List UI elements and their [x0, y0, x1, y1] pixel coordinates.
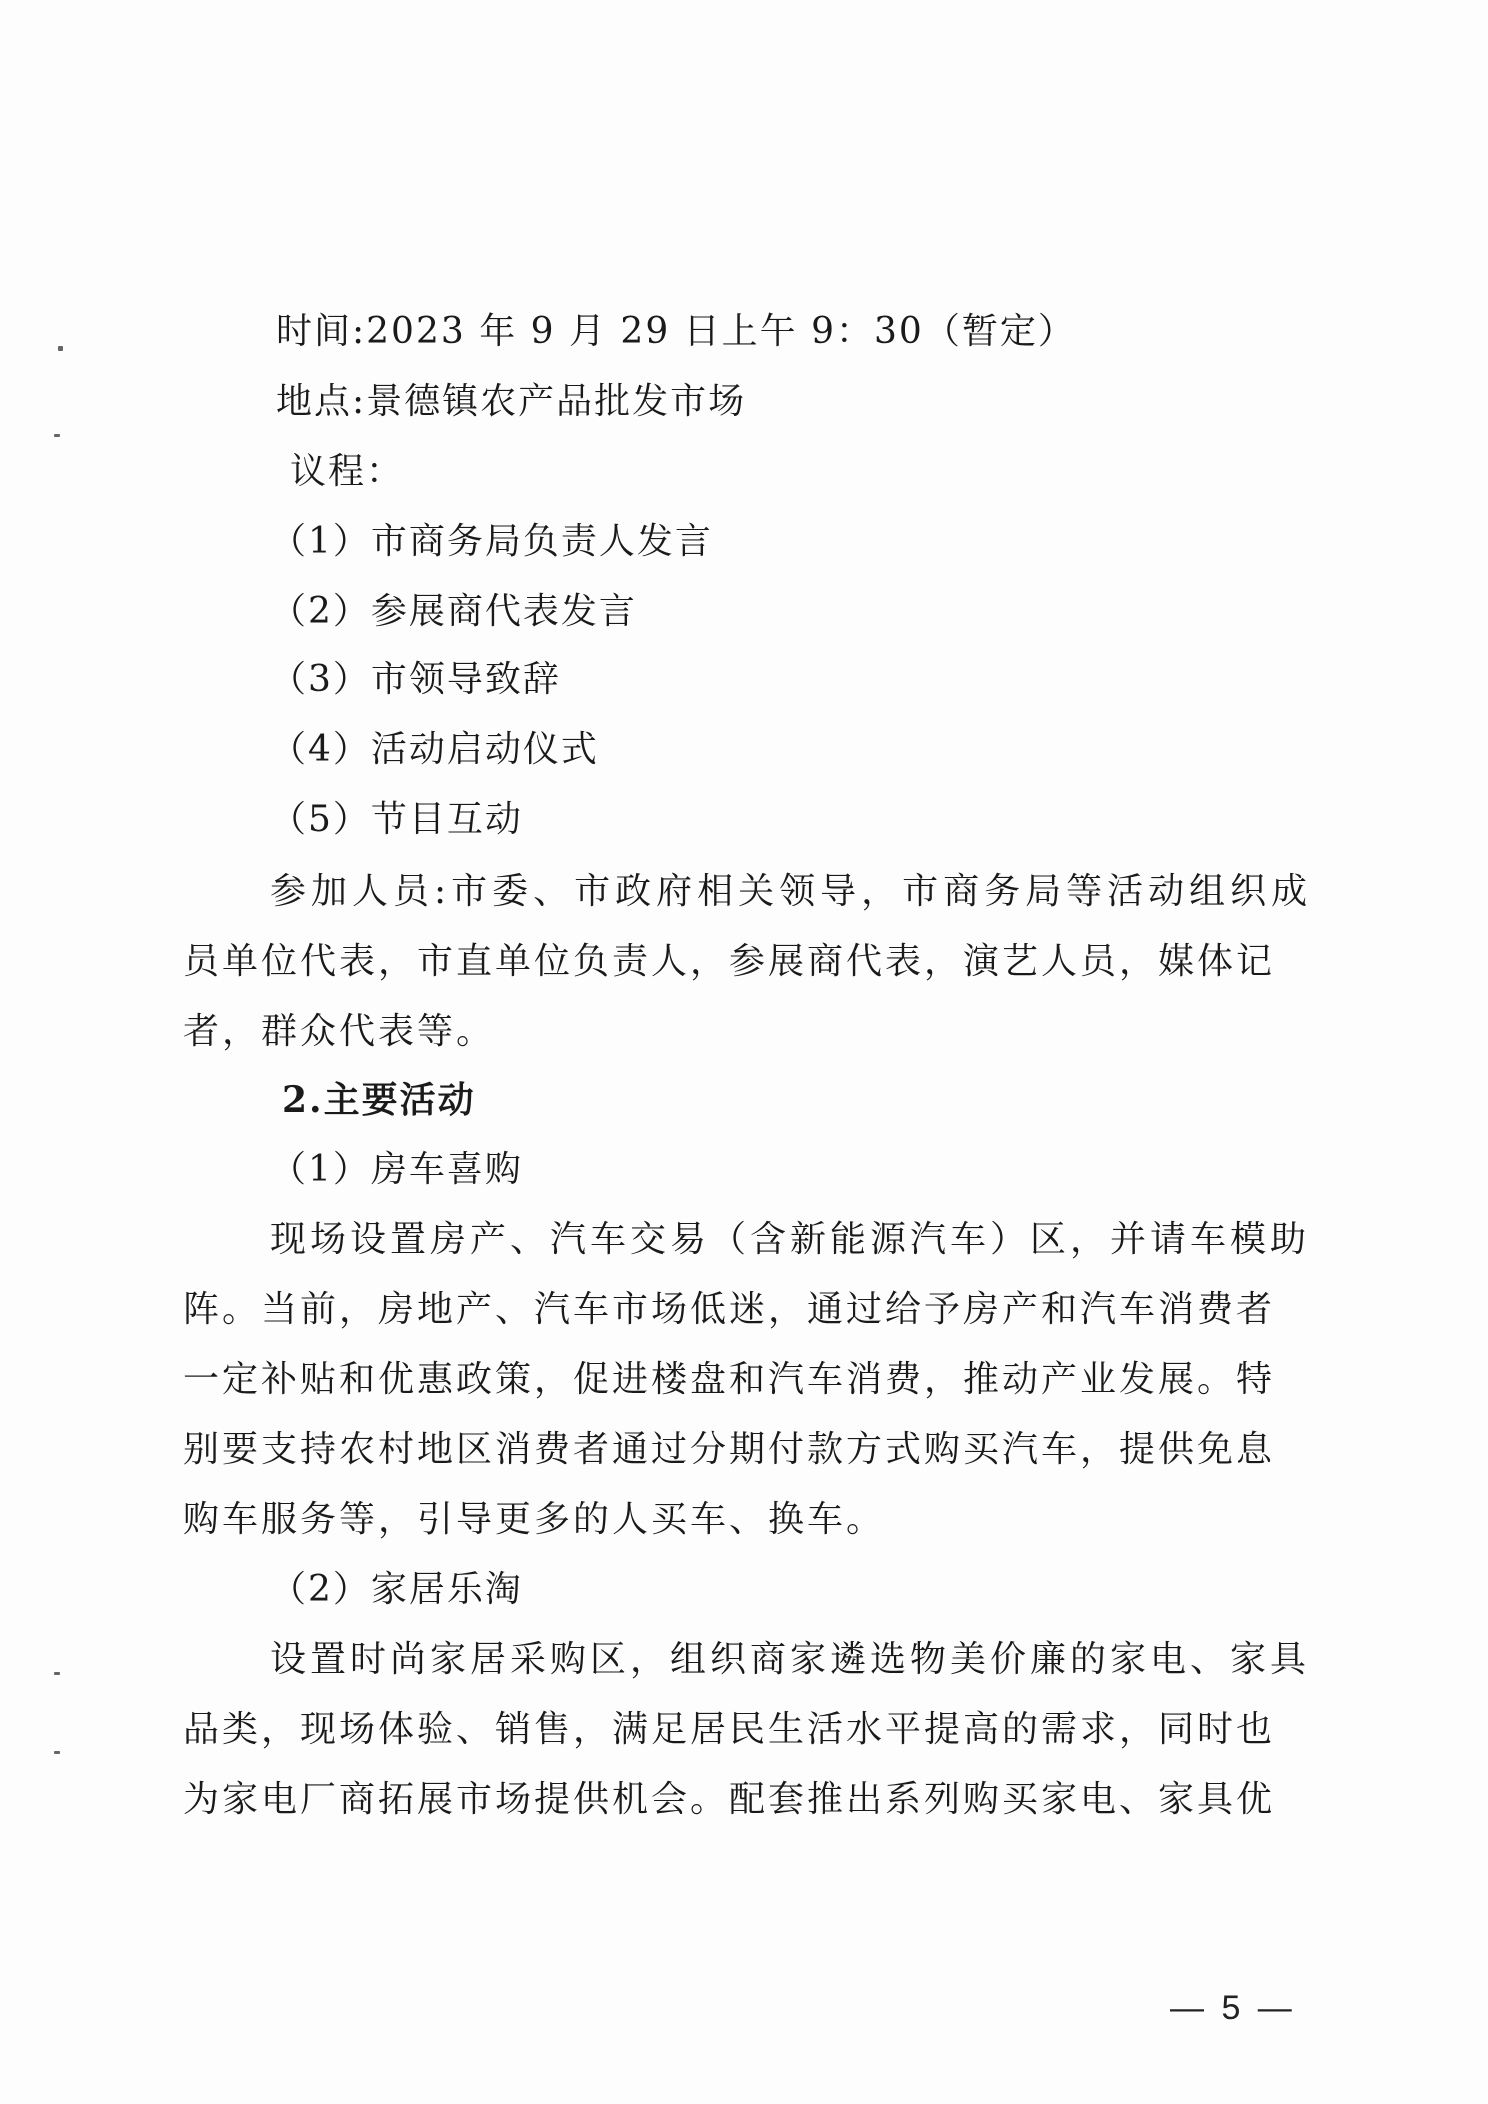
meeting-time: 时间:2023 年 9 月 29 日上午 9：30（暂定）: [276, 310, 1076, 354]
agenda-item: （3）市领导致辞: [270, 658, 561, 702]
participants-line: 者，群众代表等。: [183, 1010, 495, 1054]
scan-mark: [54, 1672, 60, 1675]
paragraph-line: 品类，现场体验、销售，满足居民生活水平提高的需求，同时也: [183, 1708, 1275, 1752]
subsection-title: （1）房车喜购: [270, 1148, 523, 1192]
subsection-title: （2）家居乐淘: [270, 1568, 523, 1612]
document-page: 时间:2023 年 9 月 29 日上午 9：30（暂定） 地点:景德镇农产品批…: [0, 0, 1488, 2104]
section-heading: 2.主要活动: [282, 1078, 476, 1122]
agenda-label: 议程：: [290, 450, 404, 494]
agenda-item: （1）市商务局负责人发言: [270, 520, 713, 564]
scan-mark: [58, 346, 63, 351]
participants-line: 参加人员:市委、市政府相关领导，市商务局等活动组织成: [270, 870, 1288, 914]
paragraph-line: 设置时尚家居采购区，组织商家遴选物美价廉的家电、家具: [270, 1638, 1310, 1682]
scan-mark: [54, 1751, 60, 1754]
paragraph-line: 现场设置房产、汽车交易（含新能源汽车）区，并请车模助: [270, 1218, 1310, 1262]
participants-line: 员单位代表，市直单位负责人，参展商代表，演艺人员，媒体记: [183, 940, 1275, 984]
paragraph-line: 阵。当前，房地产、汽车市场低迷，通过给予房产和汽车消费者: [183, 1288, 1275, 1332]
scan-mark: [54, 434, 60, 437]
paragraph-line: 一定补贴和优惠政策，促进楼盘和汽车消费，推动产业发展。特: [183, 1358, 1275, 1402]
agenda-item: （2）参展商代表发言: [270, 590, 637, 634]
page-number: — 5 —: [1170, 1988, 1296, 2028]
paragraph-line: 购车服务等，引导更多的人买车、换车。: [183, 1498, 885, 1542]
paragraph-line: 为家电厂商拓展市场提供机会。配套推出系列购买家电、家具优: [183, 1778, 1275, 1822]
meeting-location: 地点:景德镇农产品批发市场: [276, 380, 746, 424]
agenda-item: （5）节目互动: [270, 798, 523, 842]
agenda-item: （4）活动启动仪式: [270, 728, 599, 772]
paragraph-line: 别要支持农村地区消费者通过分期付款方式购买汽车，提供免息: [183, 1428, 1275, 1472]
